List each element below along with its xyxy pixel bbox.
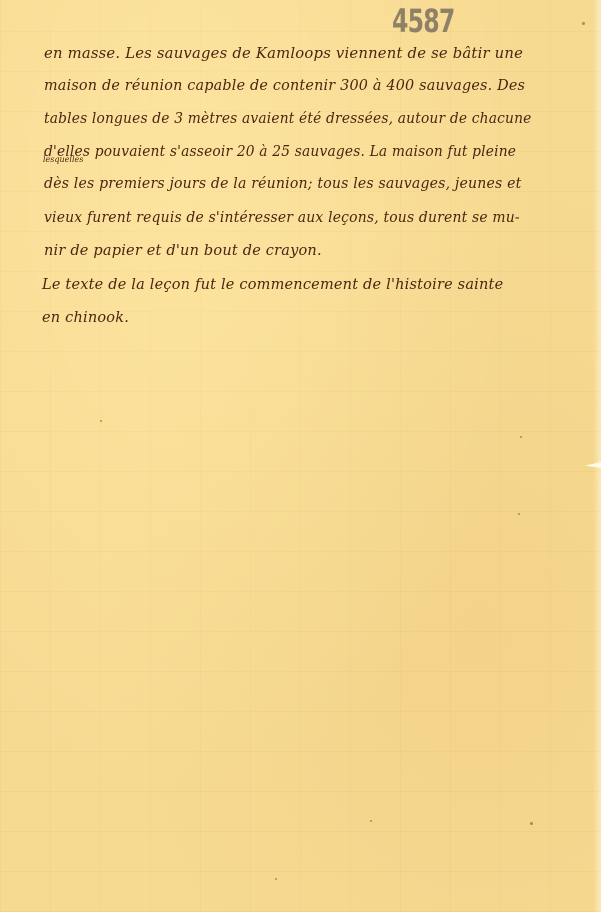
handwritten-line-8: Le texte de la leçon fut le commencement… <box>42 277 503 293</box>
paper-speck <box>370 820 372 822</box>
paper-speck <box>530 822 533 825</box>
archive-stamp-number: 4587 <box>392 2 454 40</box>
paper-speck <box>275 878 277 880</box>
handwritten-line-9: en chinook. <box>42 310 129 326</box>
paper-speck <box>582 22 585 25</box>
handwritten-line-3: tables longues de 3 mètres avaient été d… <box>44 111 531 127</box>
paper-edge <box>593 0 601 912</box>
handwritten-line-6: vieux furent requis de s'intéresser aux … <box>44 210 520 226</box>
handwritten-line-2: maison de réunion capable de contenir 30… <box>44 78 525 94</box>
paper-speck <box>520 436 522 438</box>
handwritten-line-5: dès les premiers jours de la réunion; to… <box>44 176 521 192</box>
handwritten-line-4: d'elles pouvaient s'asseoir 20 à 25 sauv… <box>44 144 516 160</box>
handwritten-line-7: nir de papier et d'un bout de crayon. <box>44 243 322 259</box>
manuscript-page: 4587 en masse. Les sauvages de Kamloops … <box>0 0 601 912</box>
paper-speck <box>100 420 102 422</box>
handwritten-line-1: en masse. Les sauvages de Kamloops vienn… <box>44 46 523 62</box>
stamp-digits: 4587 <box>392 2 454 40</box>
paper-speck <box>518 513 520 515</box>
